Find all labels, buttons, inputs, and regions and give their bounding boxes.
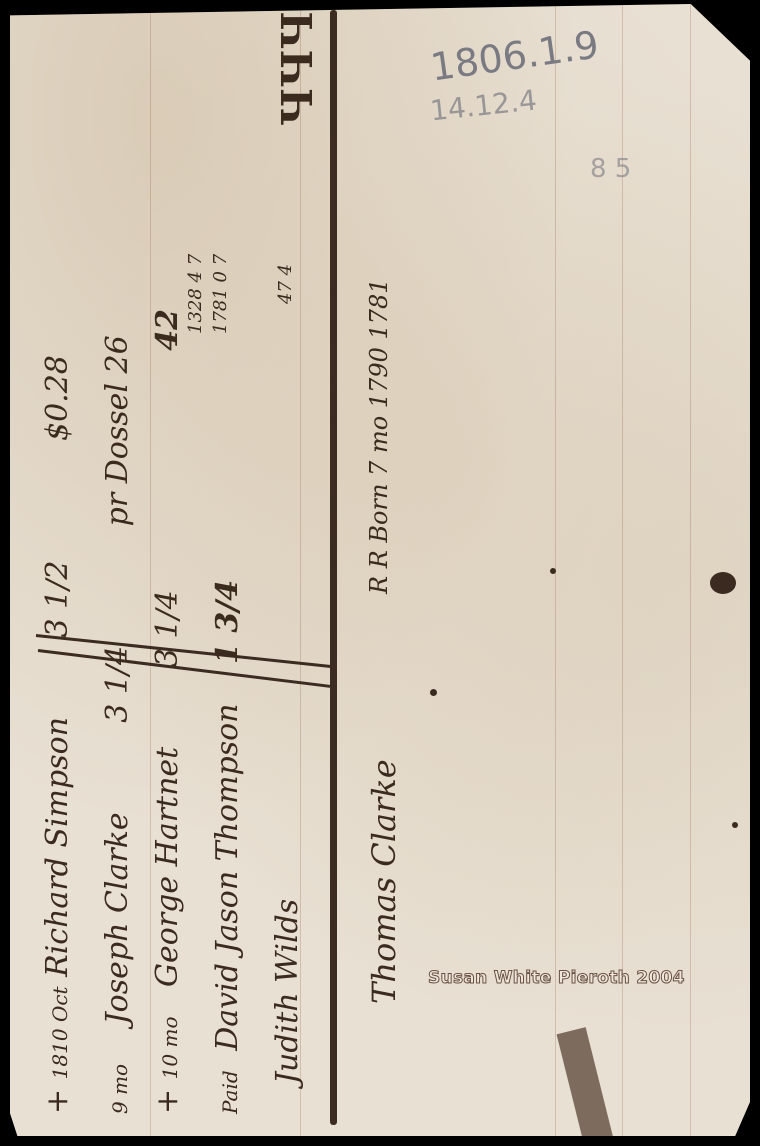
birth-note: R R Born 7 mo 1790 1781 bbox=[365, 278, 393, 594]
ink-dot bbox=[430, 689, 437, 696]
entry-row-3: + 10 mo George Hartnet 3 1/4 42 bbox=[150, 309, 185, 1114]
strike-line bbox=[38, 649, 336, 689]
vertical-divider-stroke bbox=[330, 10, 337, 1125]
ink-dot bbox=[732, 822, 738, 828]
entry-row-4: Paid David Jason Thompson 1 3/4 bbox=[210, 580, 245, 1114]
pencil-date: 1806.1.9 bbox=[428, 22, 602, 89]
ink-smudge bbox=[557, 1027, 614, 1146]
sum-row-2: 1781 0 7 bbox=[210, 254, 231, 334]
document-page: 1806.1.9 14.12.4 8 5 + 1810 Oct Richard … bbox=[10, 4, 750, 1136]
copyright-watermark: Susan White Pieroth 2004 bbox=[428, 968, 685, 988]
sum-row-1: 1328 4 7 bbox=[185, 254, 206, 334]
signature: Thomas Clarke bbox=[365, 759, 403, 1004]
entry-row-5: Judith Wilds bbox=[270, 899, 305, 1084]
entry-row-2: 9 mo Joseph Clarke 3 1/4 pr Dossel 26 bbox=[100, 335, 135, 1114]
entry-row-1: + 1810 Oct Richard Simpson 3 1/2 $0.28 bbox=[40, 355, 75, 1114]
tally-marks: ЧЧЧ bbox=[273, 11, 322, 126]
sum-result: 47 4 bbox=[275, 264, 296, 304]
ruled-line bbox=[690, 4, 691, 1136]
pencil-line3: 8 5 bbox=[590, 154, 631, 184]
ink-dot bbox=[550, 568, 556, 574]
ink-blot bbox=[710, 572, 736, 594]
strike-line bbox=[36, 634, 335, 668]
pencil-line2: 14.12.4 bbox=[429, 84, 539, 128]
